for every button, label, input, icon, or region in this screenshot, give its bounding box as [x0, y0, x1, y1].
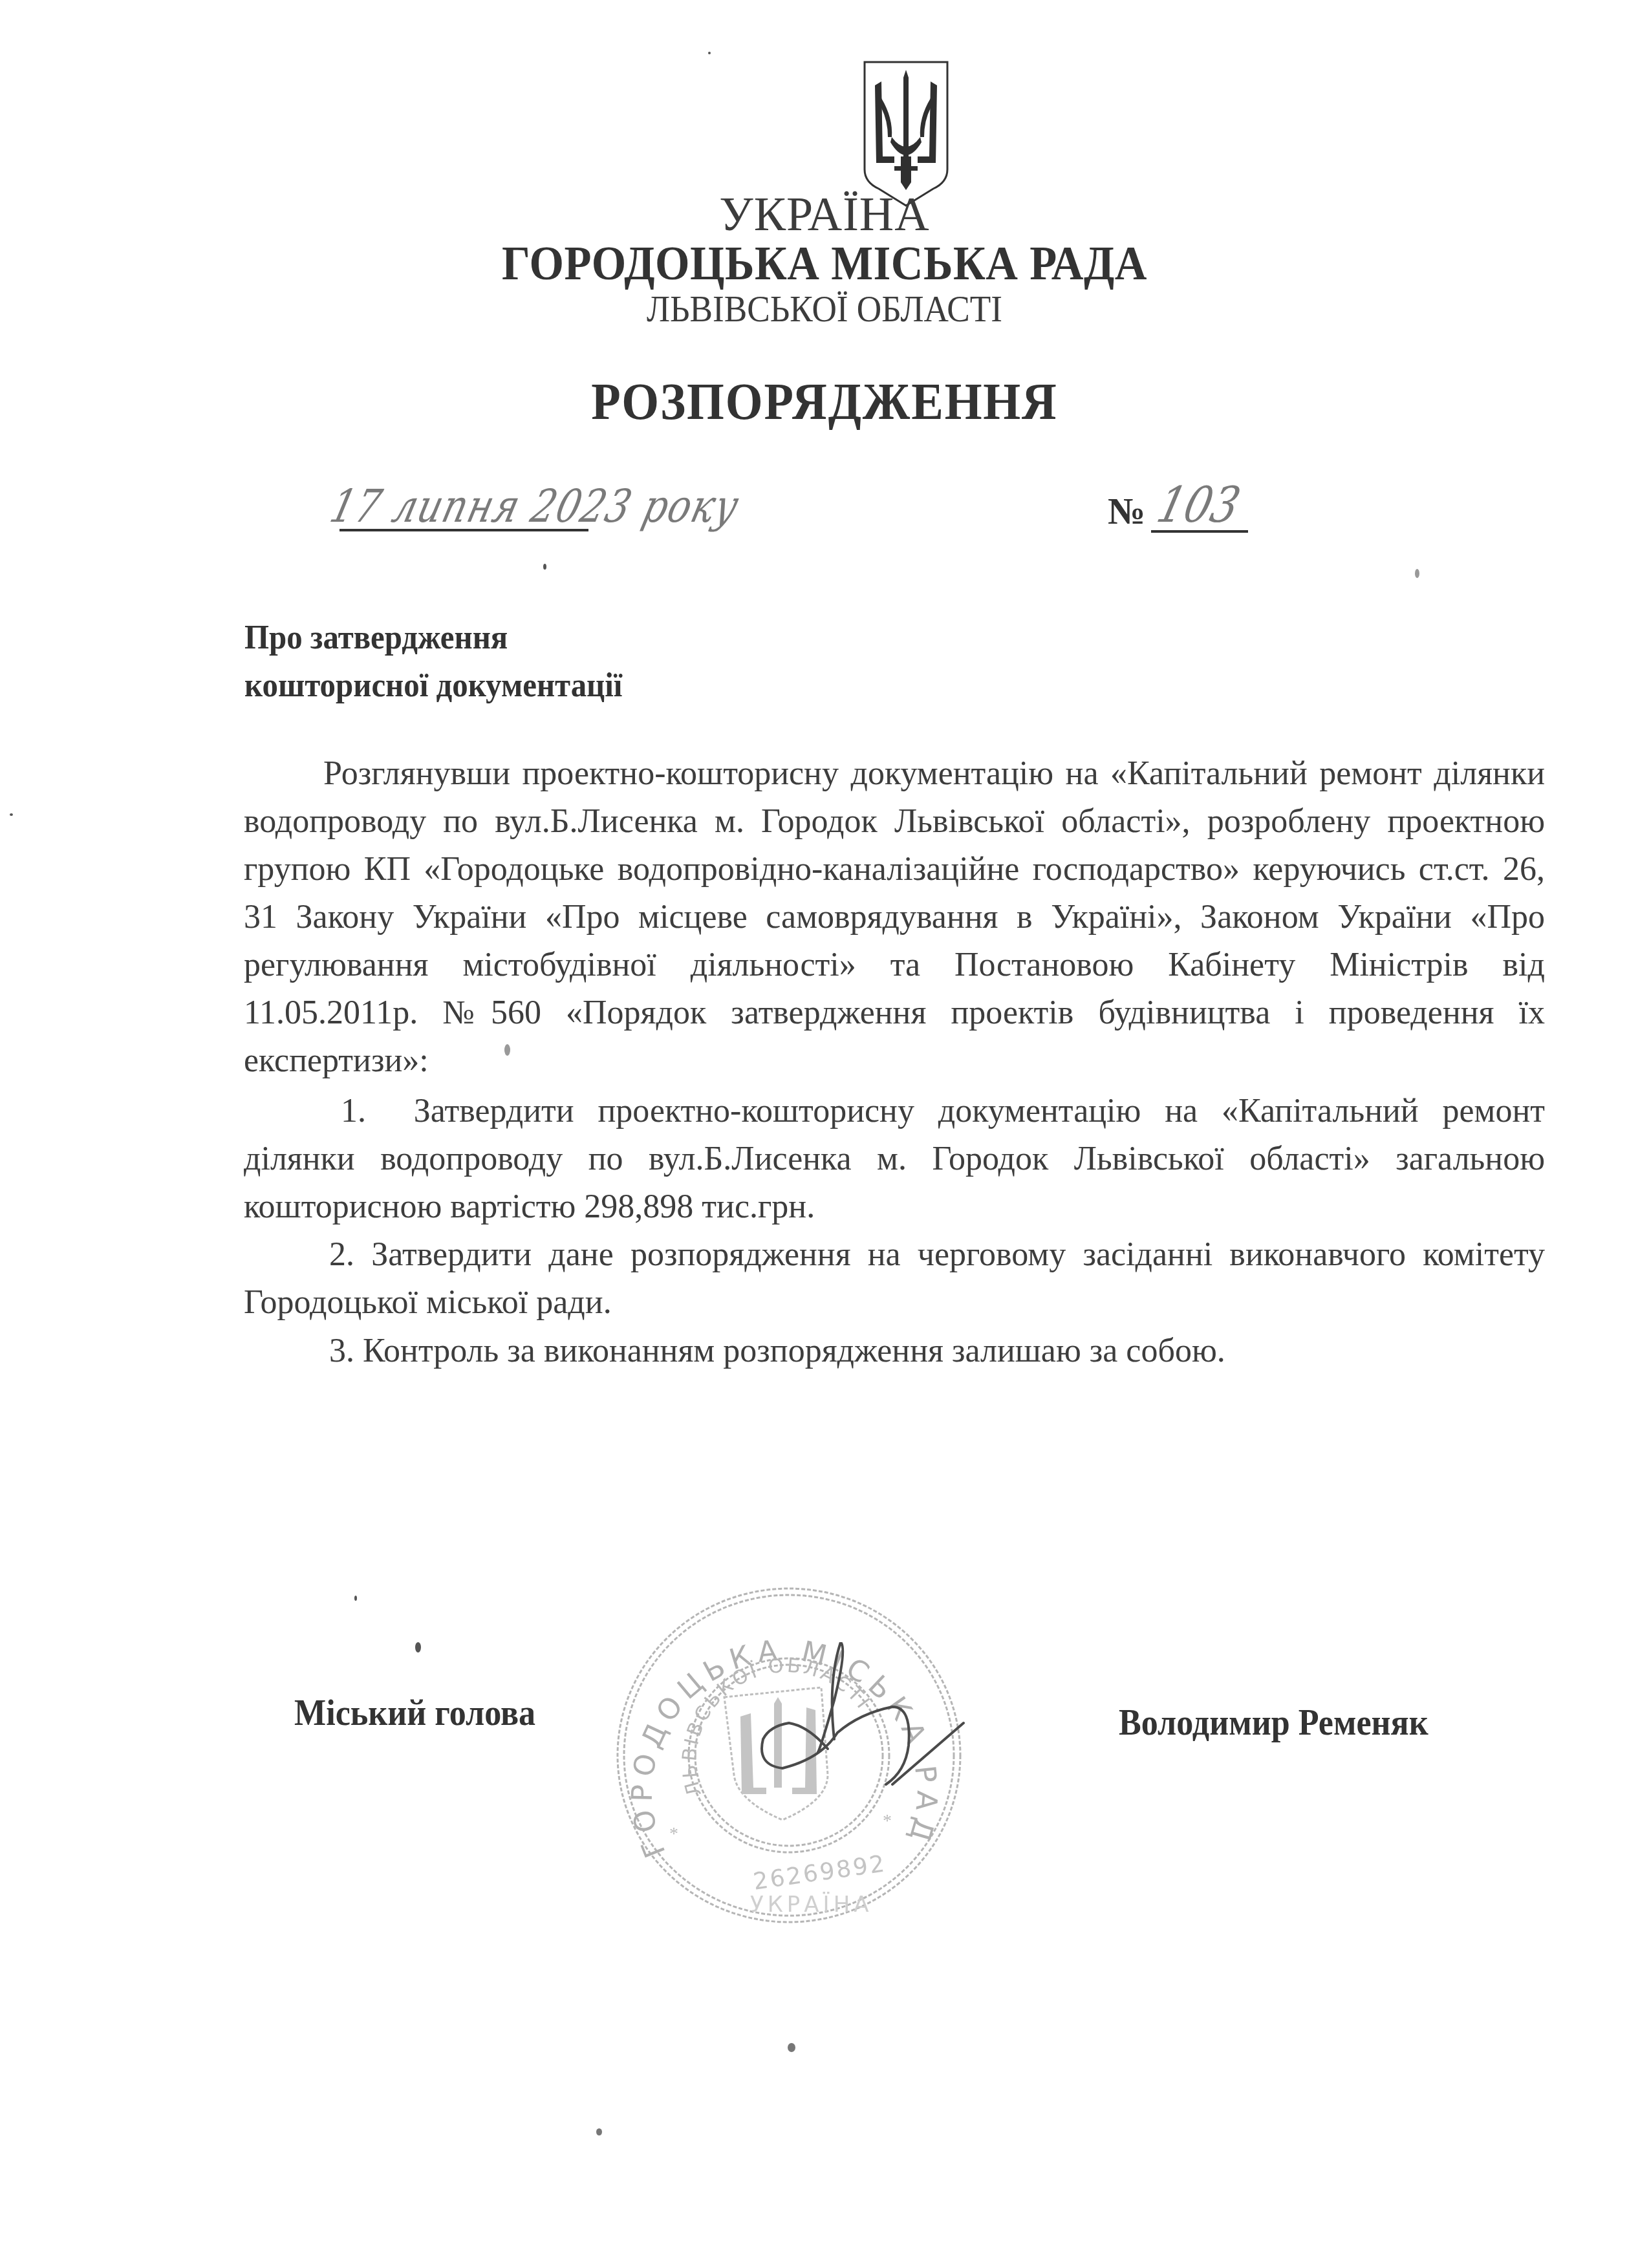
- number-label: №: [1108, 489, 1145, 534]
- stamp-bottom-text: УКРАЇНА: [750, 1892, 872, 1918]
- scan-speck: [10, 813, 13, 816]
- handwritten-signature: [744, 1642, 976, 1823]
- signatory-name: Володимир Ременяк: [1119, 1700, 1428, 1746]
- item-text: Затвердити проектно-кошторисну документа…: [244, 1093, 1545, 1225]
- item-number: 2.: [329, 1236, 354, 1273]
- resolution-item-3: 3. Контроль за виконанням розпорядження …: [244, 1327, 1545, 1375]
- document-subject: Про затвердження кошторисної документаці…: [244, 614, 647, 710]
- number-handwritten: 103: [1152, 476, 1246, 534]
- intro-paragraph: Розглянувши проектно-кошторисну документ…: [244, 750, 1545, 1085]
- region-name: ЛЬВІВСЬКОЇ ОБЛАСТІ: [41, 290, 1608, 330]
- document-number: 103: [1151, 476, 1267, 540]
- item-text: Затвердити дане розпорядження на чергово…: [244, 1236, 1545, 1321]
- item-number: 3.: [329, 1332, 354, 1369]
- scan-speck: [354, 1596, 357, 1601]
- document-type-title: РОЗПОРЯДЖЕННЯ: [58, 374, 1591, 431]
- scan-speck: [788, 2043, 795, 2052]
- scan-speck: [543, 564, 546, 570]
- resolution-item-1: 1. Затвердити проектно-кошторисну докуме…: [244, 1087, 1545, 1231]
- stamp-star-icon: *: [669, 1824, 678, 1844]
- country-name: УКРАЇНА: [0, 189, 1649, 241]
- document-date: 17 липня 2023 року: [327, 477, 805, 548]
- scan-speck: [596, 2128, 602, 2135]
- item-text: Контроль за виконанням розпорядження зал…: [363, 1332, 1225, 1369]
- date-handwritten: 17 липня 2023 року: [325, 477, 746, 535]
- subject-line-2: кошторисної документації: [244, 662, 622, 710]
- trident-emblem-icon: [862, 59, 950, 208]
- council-name: ГОРОДОЦЬКА МІСЬКА РАДА: [58, 238, 1591, 290]
- scan-speck: [415, 1642, 421, 1653]
- subject-line-1: Про затвердження: [244, 614, 622, 662]
- date-underline: [339, 529, 588, 531]
- scan-speck: [1415, 569, 1419, 578]
- signatory-title: Міський голова: [294, 1691, 535, 1736]
- stamp-code: 26269892: [751, 1850, 888, 1895]
- intro-text: Розглянувши проектно-кошторисну документ…: [244, 755, 1545, 1079]
- number-underline: [1151, 530, 1248, 533]
- resolution-item-2: 2. Затвердити дане розпорядження на черг…: [244, 1231, 1545, 1327]
- item-number: 1.: [341, 1093, 366, 1129]
- scan-speck: [708, 52, 711, 54]
- scan-speck: [504, 1044, 510, 1056]
